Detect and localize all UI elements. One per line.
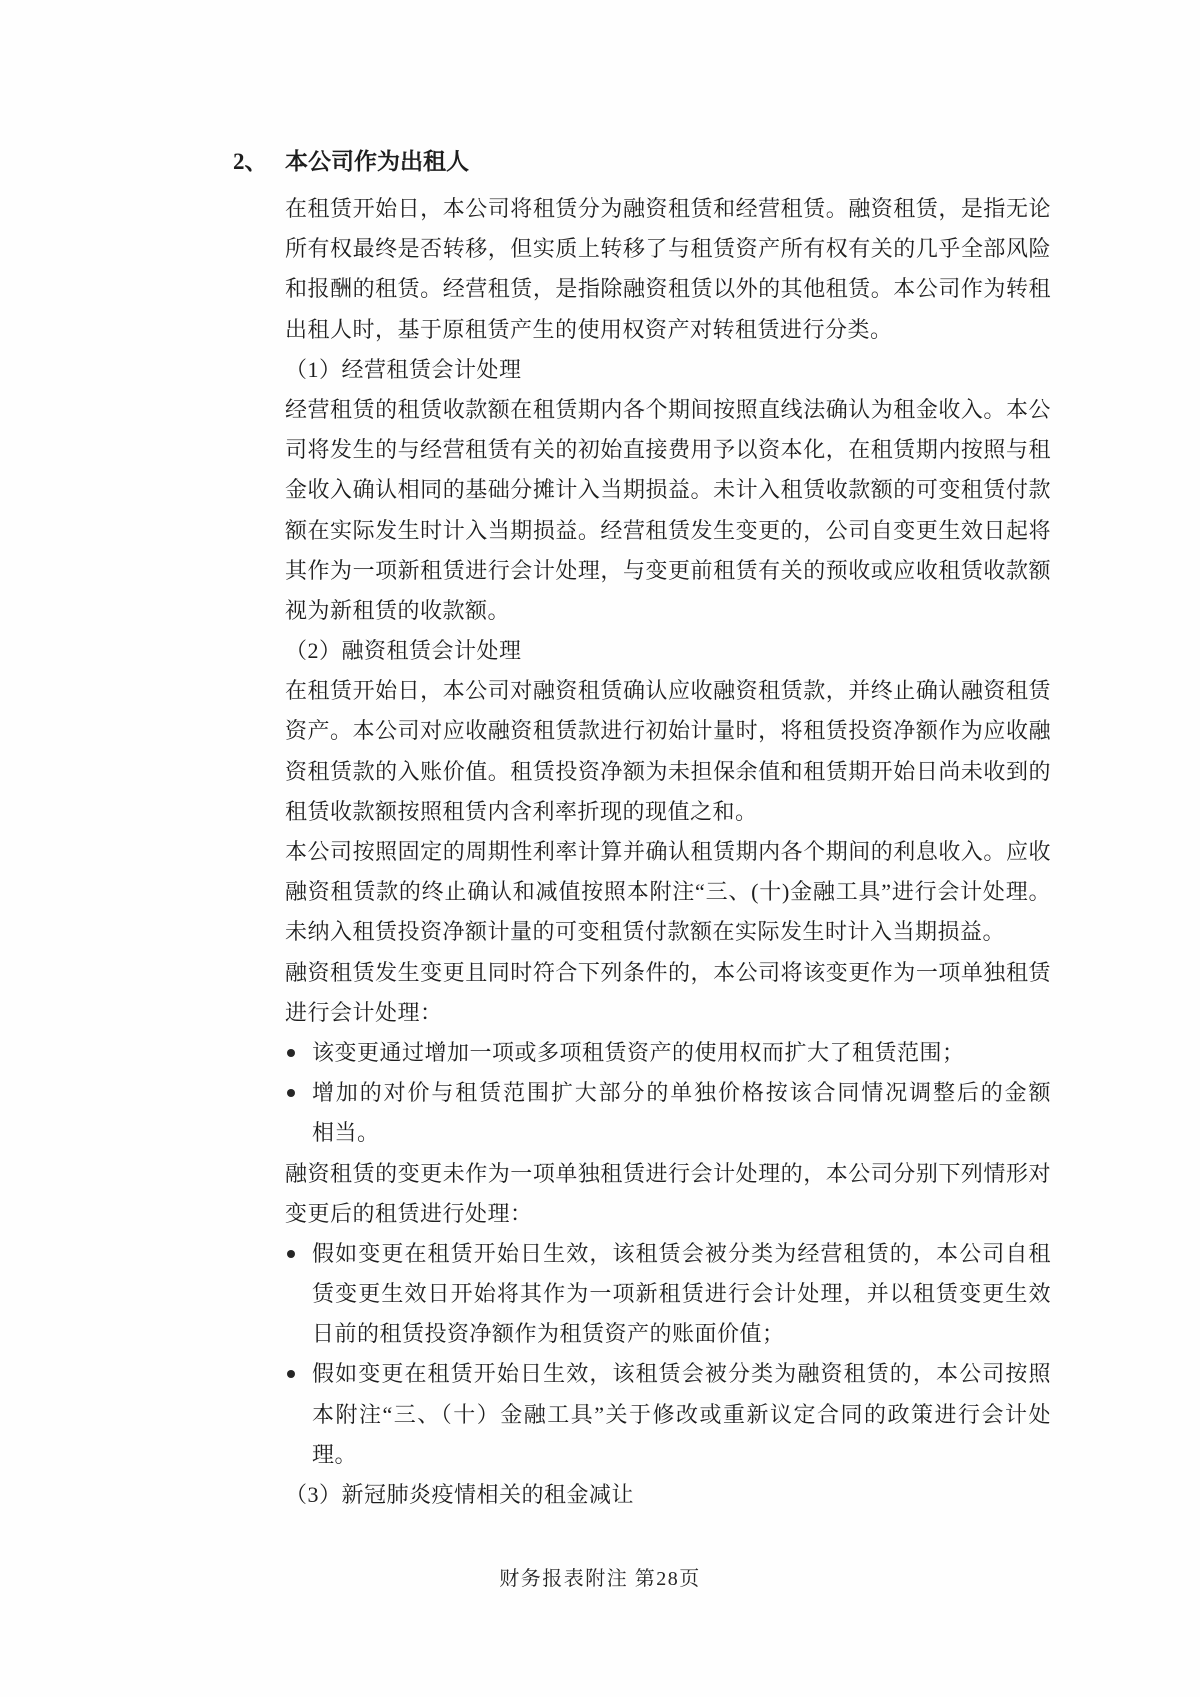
text-line: 在租赁开始日，本公司对融资租赁确认应收融资租赁款，并终止确认融资租赁 [285, 671, 1051, 711]
text-line: 理。 [285, 1435, 1051, 1475]
text-line: 该变更通过增加一项或多项租赁资产的使用权而扩大了租赁范围； [312, 1040, 965, 1065]
text-line: 日前的租赁投资净额作为租赁资产的账面价值； [285, 1314, 1051, 1354]
text-line: 资产。本公司对应收融资租赁款进行初始计量时，将租赁投资净额作为应收融 [285, 711, 1051, 751]
bullet-icon [287, 1370, 295, 1378]
text-line: 未纳入租赁投资净额计量的可变租赁付款额在实际发生时计入当期损益。 [285, 912, 1051, 952]
section-number: 2、 [233, 146, 285, 178]
text-line: 其作为一项新租赁进行会计处理，与变更前租赁有关的预收或应收租赁收款额 [285, 551, 1051, 591]
subsection-heading-2: （2）融资租赁会计处理 [285, 631, 1051, 671]
text-line: 假如变更在租赁开始日生效，该租赁会被分类为融资租赁的，本公司按照 [312, 1361, 1051, 1386]
text-line: 和报酬的租赁。经营租赁，是指除融资租赁以外的其他租赁。本公司作为转租 [285, 269, 1051, 309]
text-line: 金收入确认相同的基础分摊计入当期损益。未计入租赁收款额的可变租赁付款 [285, 470, 1051, 510]
subsection-heading-1: （1）经营租赁会计处理 [285, 350, 1051, 390]
bullet-icon [287, 1250, 295, 1258]
text-line: 融资租赁的变更未作为一项单独租赁进行会计处理的，本公司分别下列情形对 [285, 1154, 1051, 1194]
text-line: 在租赁开始日，本公司将租赁分为融资租赁和经营租赁。融资租赁，是指无论 [285, 189, 1051, 229]
section-heading: 2、 本公司作为出租人 [233, 146, 1063, 178]
page-footer: 财务报表附注 第28页 [0, 1562, 1200, 1591]
document-body: 在租赁开始日，本公司将租赁分为融资租赁和经营租赁。融资租赁，是指无论 所有权最终… [285, 189, 1051, 1515]
text-line: 资租赁款的入账价值。租赁投资净额为未担保余值和租赁期开始日尚未收到的 [285, 752, 1051, 792]
text-line: 视为新租赁的收款额。 [285, 591, 1051, 631]
text-line: 假如变更在租赁开始日生效，该租赁会被分类为经营租赁的，本公司自租 [312, 1241, 1051, 1266]
bullet-item: 假如变更在租赁开始日生效，该租赁会被分类为经营租赁的，本公司自租 [285, 1234, 1051, 1274]
text-line: 变更后的租赁进行处理： [285, 1194, 1051, 1234]
text-line: 赁变更生效日开始将其作为一项新租赁进行会计处理，并以租赁变更生效 [285, 1274, 1051, 1314]
subsection-heading-3: （3）新冠肺炎疫情相关的租金减让 [285, 1475, 1051, 1515]
bullet-item: 假如变更在租赁开始日生效，该租赁会被分类为融资租赁的，本公司按照 [285, 1354, 1051, 1394]
document-page: 2、 本公司作为出租人 在租赁开始日，本公司将租赁分为融资租赁和经营租赁。融资租… [0, 0, 1200, 1697]
text-line: 额在实际发生时计入当期损益。经营租赁发生变更的，公司自变更生效日起将 [285, 511, 1051, 551]
bullet-icon [287, 1049, 295, 1057]
text-line: 司将发生的与经营租赁有关的初始直接费用予以资本化，在租赁期内按照与租 [285, 430, 1051, 470]
text-line: 融资租赁款的终止确认和减值按照本附注“三、(十)金融工具”进行会计处理。 [285, 872, 1051, 912]
section-title: 本公司作为出租人 [285, 146, 469, 178]
bullet-item: 增加的对价与租赁范围扩大部分的单独价格按该合同情况调整后的金额 [285, 1073, 1051, 1113]
text-line: 本附注“三、（十）金融工具”关于修改或重新议定合同的政策进行会计处 [285, 1395, 1051, 1435]
text-line: 所有权最终是否转移，但实质上转移了与租赁资产所有权有关的几乎全部风险 [285, 229, 1051, 269]
text-line: 相当。 [285, 1113, 1051, 1153]
text-line: 租赁收款额按照租赁内含利率折现的现值之和。 [285, 792, 1051, 832]
bullet-icon [287, 1089, 295, 1097]
text-line: 本公司按照固定的周期性利率计算并确认租赁期内各个期间的利息收入。应收 [285, 832, 1051, 872]
text-line: 融资租赁发生变更且同时符合下列条件的，本公司将该变更作为一项单独租赁 [285, 953, 1051, 993]
text-line: 经营租赁的租赁收款额在租赁期内各个期间按照直线法确认为租金收入。本公 [285, 390, 1051, 430]
text-line: 进行会计处理： [285, 993, 1051, 1033]
bullet-item: 该变更通过增加一项或多项租赁资产的使用权而扩大了租赁范围； [285, 1033, 1051, 1073]
text-line: 增加的对价与租赁范围扩大部分的单独价格按该合同情况调整后的金额 [312, 1080, 1051, 1105]
text-line: 出租人时，基于原租赁产生的使用权资产对转租赁进行分类。 [285, 310, 1051, 350]
